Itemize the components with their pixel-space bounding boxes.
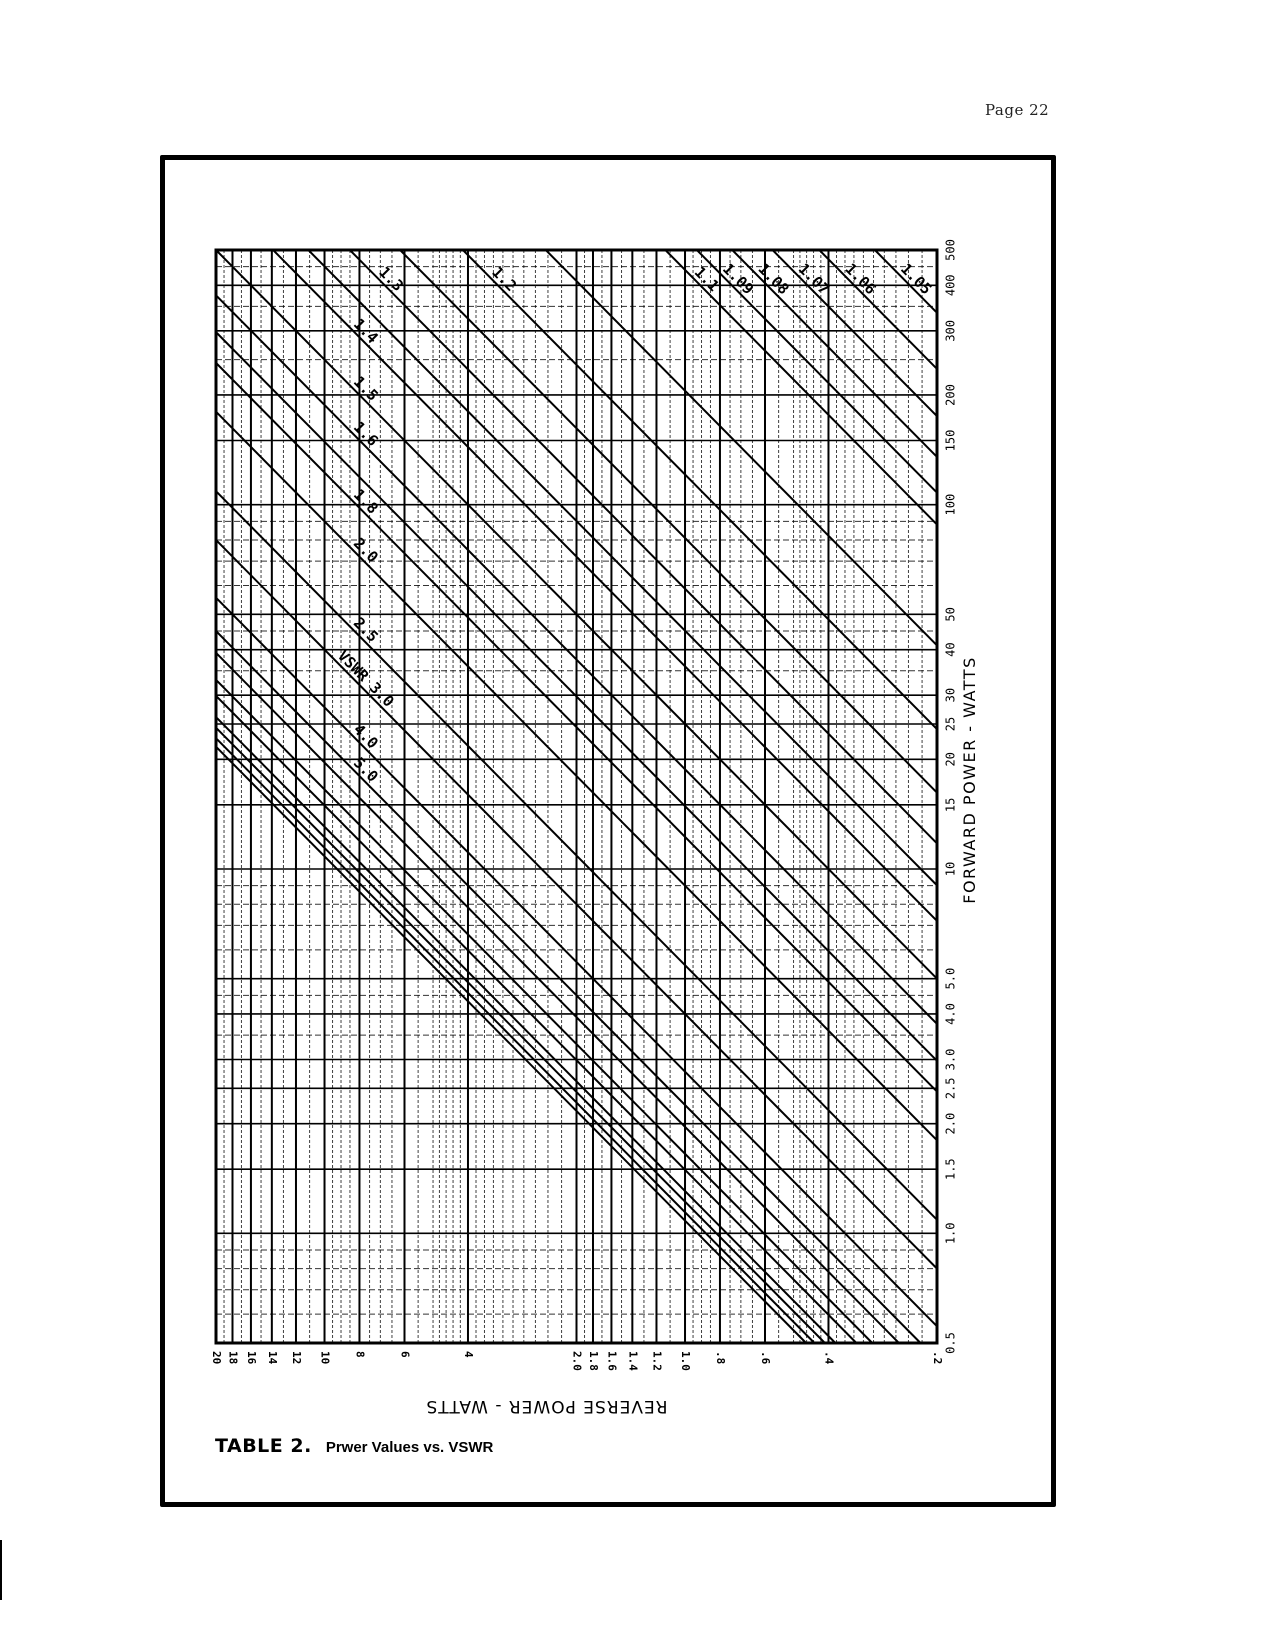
x-tick-label: 20 [210,1351,223,1364]
x-tick-label: 1.2 [650,1351,663,1371]
y-tick-label: 200 [944,384,958,406]
vswr-label: 2.5 [350,614,382,646]
x-tick-label: .2 [931,1351,944,1364]
y-tick-label: 400 [944,274,958,296]
vswr-label: 1.1 [691,263,723,295]
vswr-line [216,696,856,1343]
y-tick-label: 10 [944,862,958,876]
y-tick-label: 100 [944,494,958,516]
y-tick-label: 3.0 [944,1049,958,1071]
x-tick-label: 18 [226,1351,239,1364]
y-tick-label: 25 [944,717,958,731]
vswr-nomograph-chart: 1.051.061.071.081.091.11.21.31.41.51.61.… [0,0,1275,1650]
y-tick-label: 500 [944,239,958,261]
x-tick-label: 2.0 [571,1351,584,1371]
y-tick-label: 300 [944,320,958,342]
x-tick-label: 14 [266,1351,279,1365]
y-tick-label: 1.5 [944,1158,958,1180]
x-tick-label: 1.8 [587,1351,600,1371]
x-tick-label: 1.6 [605,1351,618,1371]
x-tick-label: 10 [319,1351,332,1364]
x-tick-label: .6 [759,1351,772,1365]
caption-number: TABLE 2. [215,1435,312,1457]
vswr-label: VSWR 3.0 [334,647,398,711]
vswr-label: 4.0 [350,720,382,752]
x-tick-label: .4 [822,1351,835,1365]
vswr-label: 1.5 [350,373,382,405]
vswr-line [216,680,872,1343]
x-tick-label: 8 [353,1351,366,1358]
x-tick-label: 1.0 [679,1351,692,1371]
vswr-label: 1.8 [350,486,382,518]
x-tick-label: 16 [245,1351,258,1365]
vswr-line [463,250,937,729]
y-tick-label: 2.0 [944,1113,958,1135]
y-tick-label: 1.0 [944,1222,958,1244]
x-tick-label: 1.4 [626,1351,639,1371]
vswr-line [216,631,921,1343]
y-tick-label: 40 [944,642,958,656]
x-axis-title: REVERSE POWER - WATTS [425,1396,667,1416]
y-tick-label: 50 [944,607,958,621]
vswr-line [216,738,814,1343]
x-tick-label: 4 [462,1351,475,1358]
vswr-line [308,250,937,885]
vswr-label: 5.0 [350,754,382,786]
vswr-label: 1.6 [350,418,382,450]
figure-caption: TABLE 2.Prwer Values vs. VSWR [215,1435,493,1457]
y-tick-label: 5.0 [944,968,958,990]
vswr-line [216,747,806,1343]
x-tick-label: .8 [714,1351,727,1364]
y-tick-label: 20 [944,752,958,766]
y-tick-label: 30 [944,688,958,702]
vswr-line [350,250,937,843]
vswr-line [216,717,835,1343]
y-tick-label: 2.5 [944,1077,958,1099]
y-axis-title: FORWARD POWER - WATTS [960,656,979,903]
x-tick-label: 12 [290,1351,303,1364]
caption-title: Prwer Values vs. VSWR [326,1439,494,1456]
x-tick-label: 6 [398,1351,411,1358]
scan-edge-mark [0,1540,2,1600]
y-tick-label: 0.5 [944,1332,958,1354]
y-tick-label: 15 [944,798,958,812]
y-tick-label: 4.0 [944,1003,958,1025]
y-tick-label: 150 [944,430,958,452]
